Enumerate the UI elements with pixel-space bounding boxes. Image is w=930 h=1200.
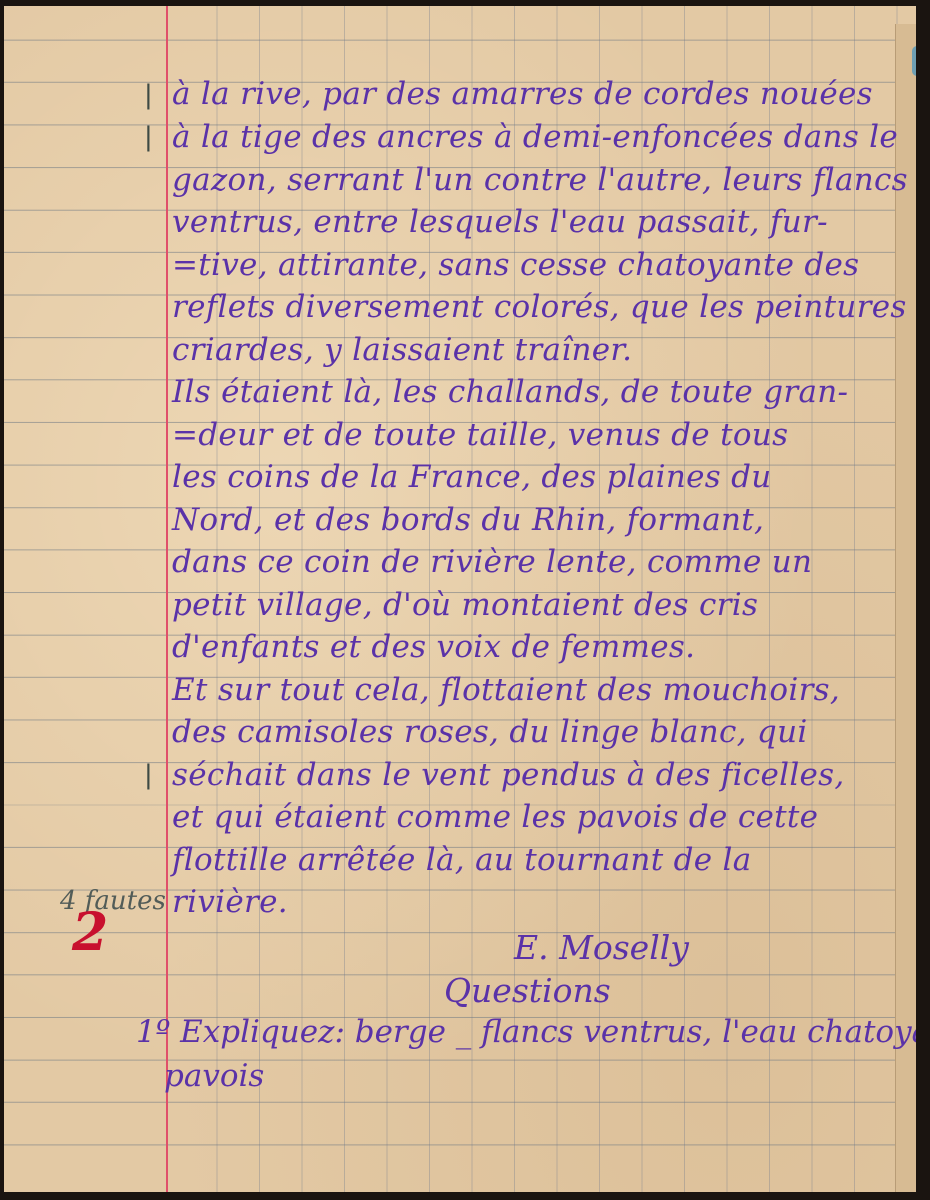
text-line: à la tige des ancres à demi-enfoncées da… — [172, 119, 898, 155]
error-mark-line-1: | — [144, 80, 153, 110]
text-line: =tive, attirante, sans cesse chatoyante … — [172, 247, 859, 283]
text-line: d'enfants et des voix de femmes. — [172, 629, 695, 665]
question-continuation: pavois — [164, 1058, 264, 1094]
text-line: à la rive, par des amarres de cordes nou… — [172, 76, 873, 112]
blue-ink-stain — [912, 46, 916, 76]
text-line: Nord, et des bords du Rhin, formant, — [172, 502, 764, 538]
text-line: rivière. — [172, 884, 288, 920]
author-signature: E. Moselly — [514, 928, 689, 967]
text-line: séchait dans le vent pendus à des ficell… — [172, 757, 845, 793]
question-number: 1º — [136, 1014, 170, 1050]
grade-score: 2 — [72, 902, 108, 963]
text-line: ventrus, entre lesquels l'eau passait, f… — [172, 204, 828, 240]
text-line: les coins de la France, des plaines du — [172, 459, 772, 495]
text-line: flottille arrêtée là, au tournant de la — [172, 842, 752, 878]
error-mark-line-17: | — [144, 760, 153, 790]
text-line: petit village, d'où montaient des cris — [172, 587, 758, 623]
question-item: 1º Expliquez: berge _ flancs ventrus, l'… — [136, 1014, 916, 1050]
text-line: criardes, y laissaient traîner. — [172, 332, 632, 368]
text-line: =deur et de toute taille, venus de tous — [172, 417, 788, 453]
text-line: gazon, serrant l'un contre l'autre, leur… — [172, 162, 908, 198]
text-line: et qui étaient comme les pavois de cette — [172, 799, 818, 835]
text-line: reflets diversement colorés, que les pei… — [172, 289, 907, 325]
error-mark-line-2: | — [144, 122, 153, 152]
text-line: dans ce coin de rivière lente, comme un — [172, 544, 812, 580]
text-line: Et sur tout cela, flottaient des mouchoi… — [172, 672, 840, 708]
notebook-page: | | | à la rive, par des amarres de cord… — [4, 6, 916, 1192]
text-line: Ils étaient là, les challands, de toute … — [172, 374, 848, 410]
questions-heading: Questions — [444, 971, 611, 1010]
question-text: Expliquez: berge _ flancs ventrus, l'eau… — [180, 1014, 916, 1050]
text-line: des camisoles roses, du linge blanc, qui — [172, 714, 808, 750]
